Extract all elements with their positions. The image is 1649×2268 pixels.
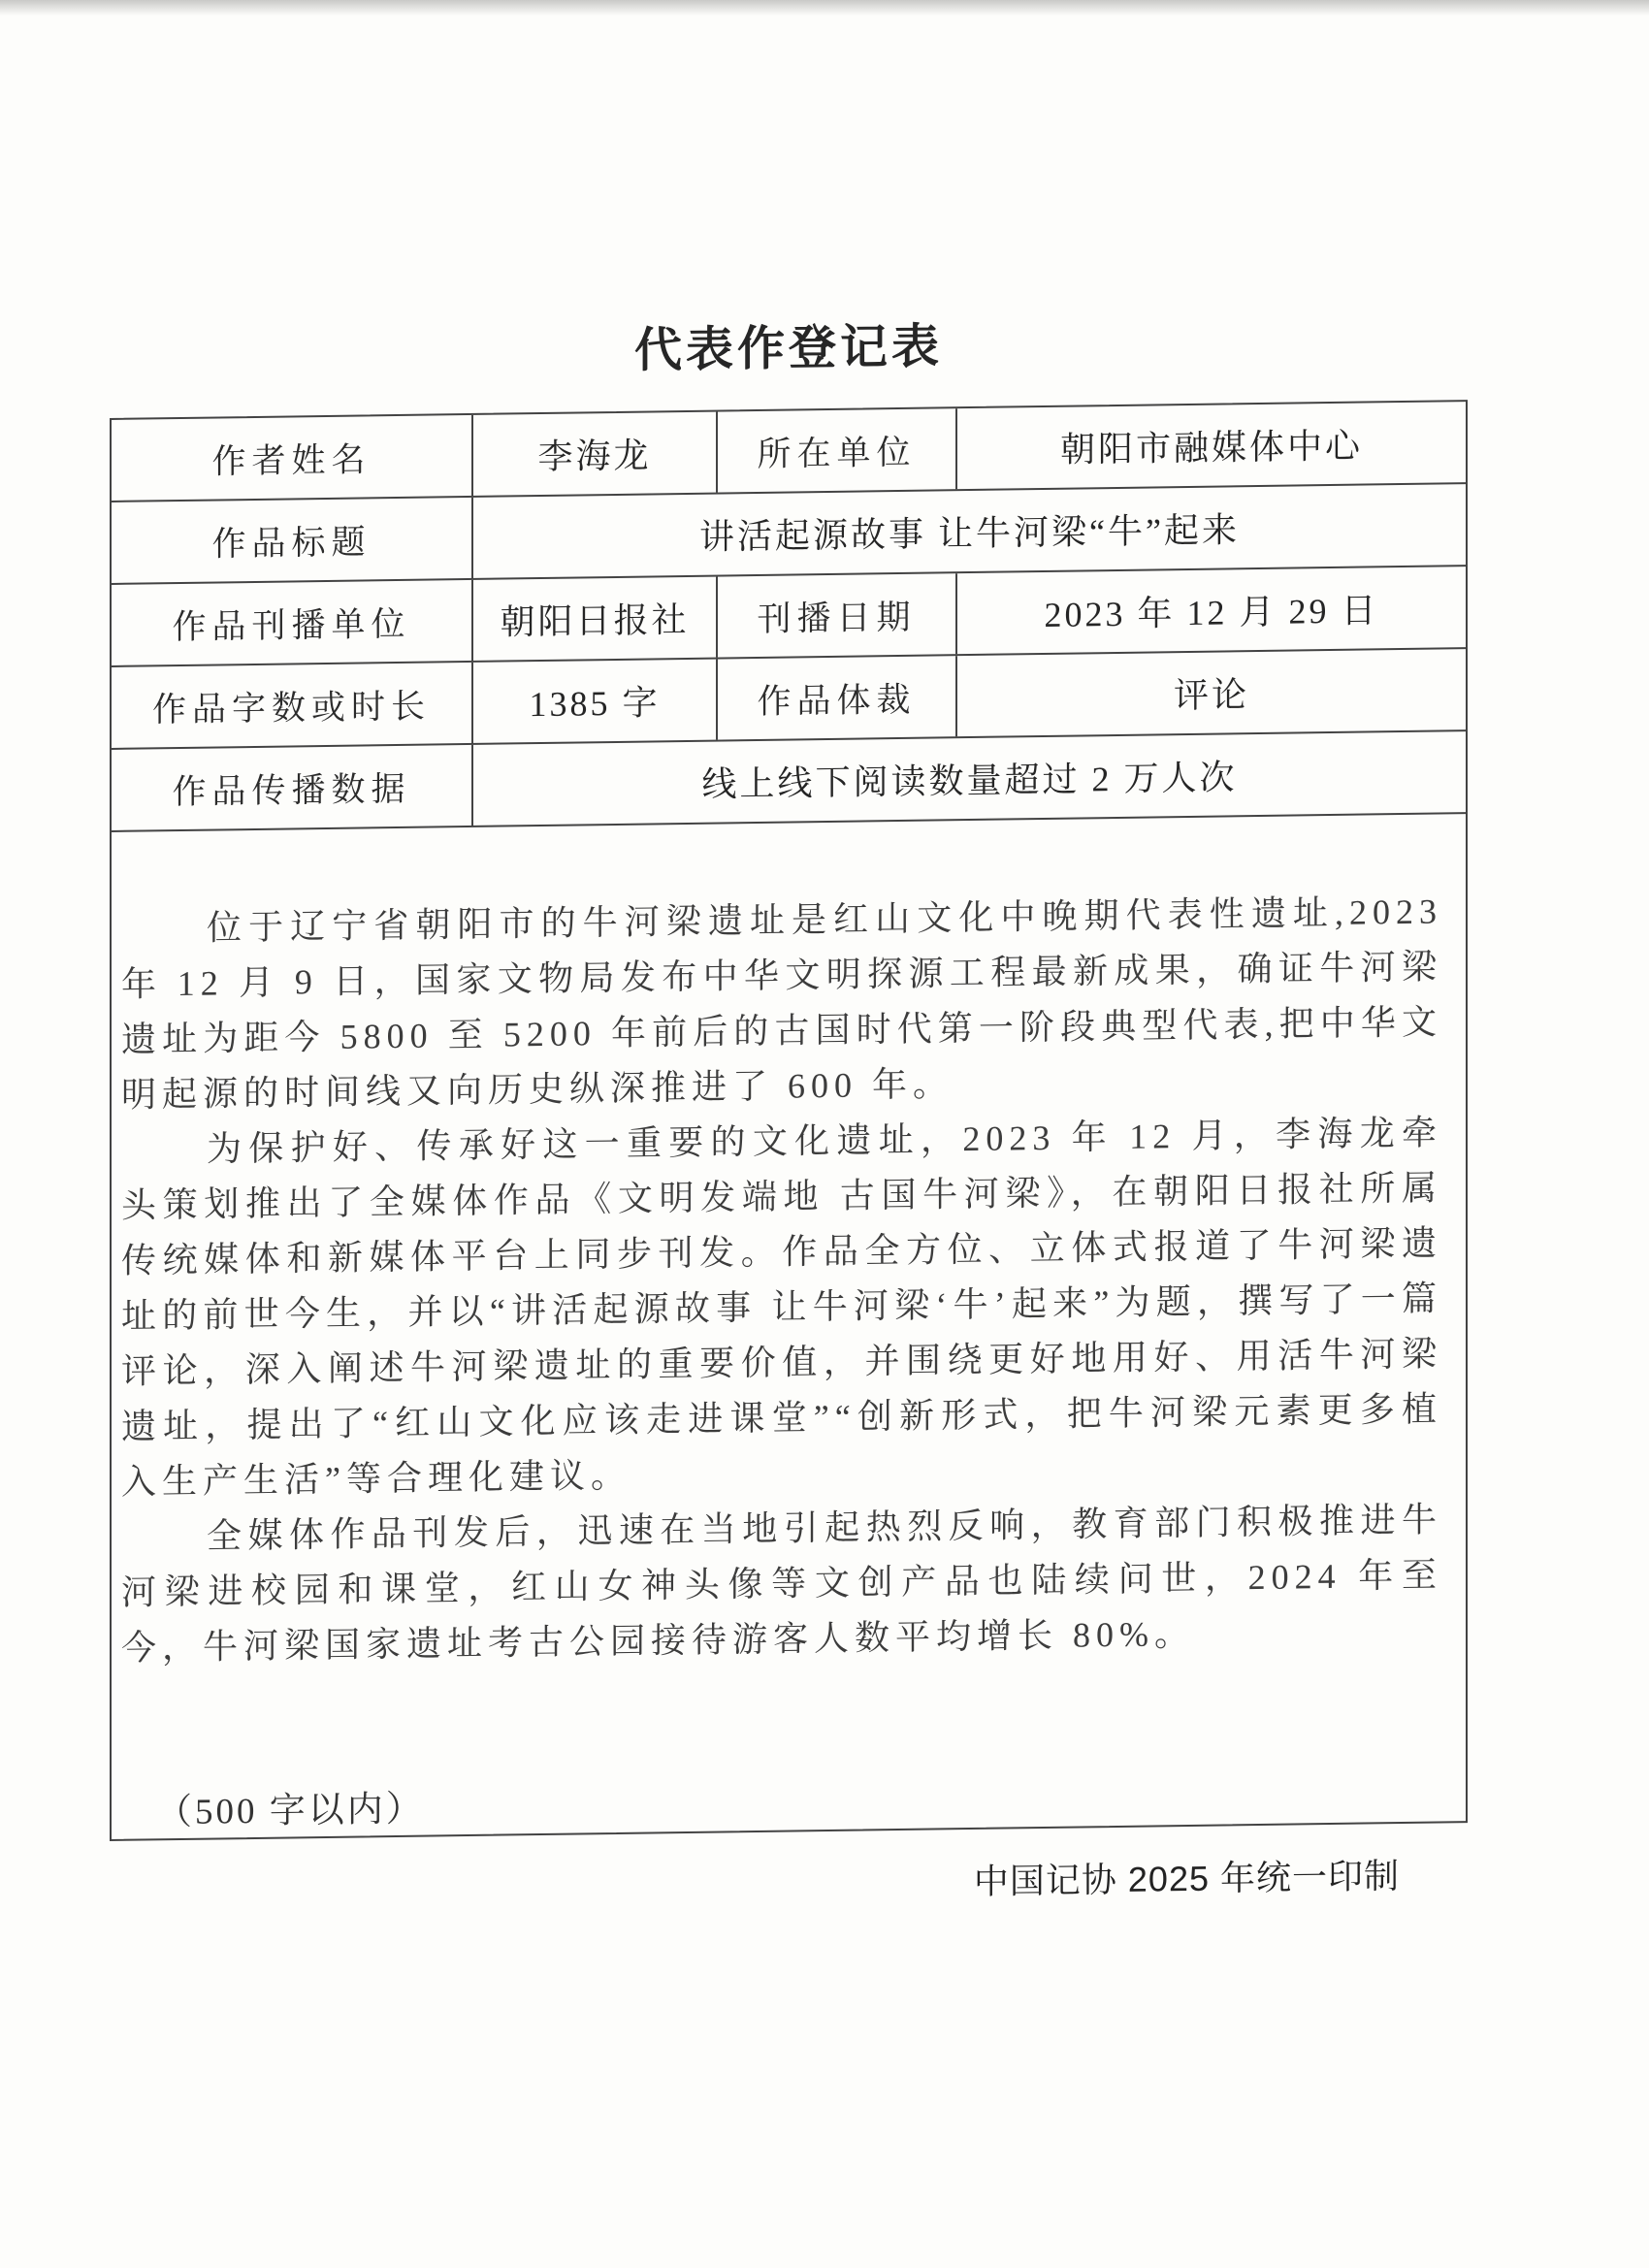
publish-unit-label: 作品刊播单位 <box>112 580 473 665</box>
document-content: 代表作登记表 作者姓名 李海龙 所在单位 朝阳市融媒体中心 作品标题 讲活起源故… <box>0 0 1649 2268</box>
word-count-label: 作品字数或时长 <box>112 663 473 748</box>
genre-label: 作品体裁 <box>718 656 957 739</box>
dissemination-value: 线上线下阅读数量超过 2 万人次 <box>473 731 1466 826</box>
work-summary-cell: 位于辽宁省朝阳市的牛河梁遗址是红山文化中晚期代表性遗址,2023 年 12 月 … <box>112 814 1466 1839</box>
publish-date-label: 刊播日期 <box>718 573 957 657</box>
summary-paragraph: 位于辽宁省朝阳市的牛河梁遗址是红山文化中晚期代表性遗址,2023 年 12 月 … <box>121 884 1442 1122</box>
author-name-label: 作者姓名 <box>112 415 473 501</box>
word-limit-note: （500 字以内） <box>156 1779 425 1835</box>
print-issuer-note: 中国记协 2025 年统一印制 <box>110 1849 1400 1916</box>
scanned-document-page: 代表作登记表 作者姓名 李海龙 所在单位 朝阳市融媒体中心 作品标题 讲活起源故… <box>0 0 1649 2268</box>
summary-paragraph: 为保护好、传承好这一重要的文化遗址，2023 年 12 月，李海龙牵头策划推出了… <box>121 1105 1442 1509</box>
page-title: 代表作登记表 <box>110 302 1468 388</box>
summary-paragraph: 全媒体作品刊发后，迅速在当地引起热烈反响，教育部门积极推进牛河梁进校园和课堂，红… <box>121 1492 1442 1675</box>
genre-value: 评论 <box>957 649 1466 736</box>
publish-unit-value: 朝阳日报社 <box>473 577 718 661</box>
work-title-value: 讲活起源故事 让牛河梁“牛”起来 <box>473 484 1466 578</box>
dissemination-label: 作品传播数据 <box>112 745 473 830</box>
registration-table: 作者姓名 李海龙 所在单位 朝阳市融媒体中心 作品标题 讲活起源故事 让牛河梁“… <box>110 400 1468 1841</box>
work-unit-label: 所在单位 <box>718 408 957 492</box>
word-count-value: 1385 字 <box>473 660 718 743</box>
work-unit-value: 朝阳市融媒体中心 <box>957 402 1466 489</box>
publish-date-value: 2023 年 12 月 29 日 <box>957 567 1466 654</box>
author-name-value: 李海龙 <box>473 412 718 496</box>
work-title-label: 作品标题 <box>112 498 473 583</box>
